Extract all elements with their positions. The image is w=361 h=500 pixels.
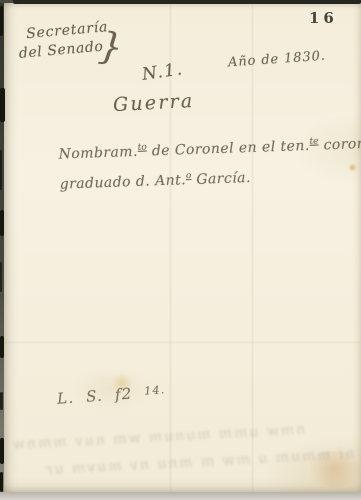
footer-notation-text: L. S. f2: [57, 385, 134, 408]
folio-number-stamp: 16: [309, 9, 338, 27]
scan-edge-blot: [0, 438, 4, 464]
scan-background-strip: [0, 492, 361, 500]
scan-edge-blot: [0, 6, 3, 36]
scan-edge-blot: [0, 150, 2, 190]
footer-folio-reference: 14.: [144, 383, 166, 397]
manuscript-page: 16 Secretaría del Senado } Año de 1830. …: [4, 3, 361, 492]
subject-text: Nombram.to de Coronel en el ten.te coron…: [58, 126, 361, 197]
manuscript-scan: 16 Secretaría del Senado } Año de 1830. …: [0, 0, 361, 500]
scan-edge-blot: [0, 88, 5, 122]
subject-line1-part-a: Nombram.: [58, 144, 138, 163]
scan-edge-blot: [0, 262, 2, 292]
scan-edge-blot: [0, 392, 3, 410]
bleedthrough-text: nmw umm munum wm nuv mmnw ni mmum u mw m…: [13, 414, 355, 486]
horizontal-fold-crease: [4, 341, 361, 344]
subject-line2-part-b: García.: [191, 170, 251, 188]
brace-mark: }: [96, 24, 125, 70]
subject-line1-part-c: coronel: [318, 135, 361, 153]
subject-line1-part-b: de Coronel en el ten.: [147, 138, 310, 160]
document-number: N.1.: [141, 59, 185, 85]
scan-edge-blot: [0, 336, 4, 358]
scan-edge-blot: [0, 472, 3, 492]
scan-edge-blot: [0, 210, 4, 236]
footer-notation: L. S. f2 14.: [57, 382, 167, 408]
scan-edge: [13, 0, 361, 4]
year-annotation: Año de 1830.: [228, 49, 327, 71]
department-title: Guerra: [112, 90, 194, 116]
subject-line2-part-a: graduado d. Ant.: [59, 172, 186, 192]
